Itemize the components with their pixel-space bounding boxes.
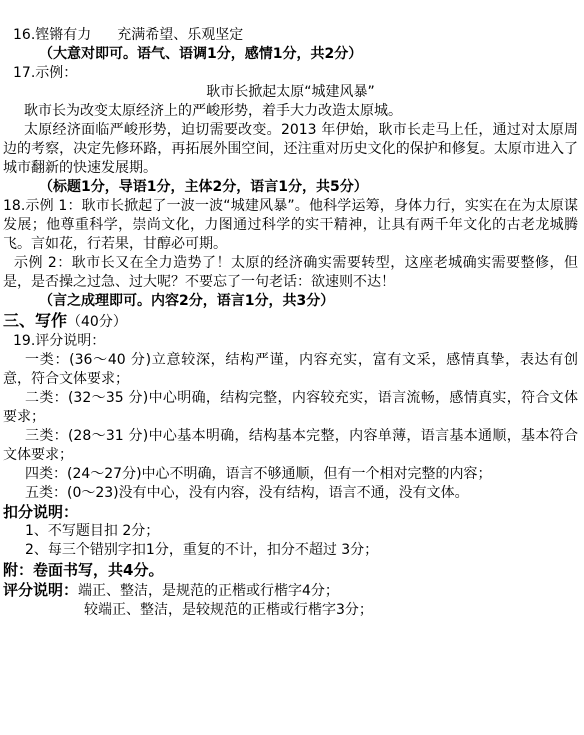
exam-answer-key-document: 16.铿锵有力充满希望、乐观坚定 （大意对即可。语气、语调1分，感情1分，共2分… xyxy=(0,0,584,735)
grade-criterion-class1: 一类：(36～40 分)立意较深，结构严谨，内容充实，富有文采，感情真挚，表达有… xyxy=(3,351,578,389)
q19-label: 19.评分说明： xyxy=(3,332,578,351)
q17-grading-note: （标题1分，导语1分，主体2分，语言1分，共5分） xyxy=(3,178,578,197)
appendix-label: 评分说明： xyxy=(3,581,78,599)
q16-answer-line: 16.铿锵有力充满希望、乐观坚定 xyxy=(3,26,578,45)
appendix-heading: 附：卷面书写，共4分。 xyxy=(3,560,578,581)
section-writing-score: （40分） xyxy=(67,314,127,330)
q18-grading-note: （言之成理即可。内容2分，语言1分，共3分） xyxy=(3,292,578,311)
q17-news-lead: 耿市长为改变太原经济上的严峻形势，着手大力改造太原城。 xyxy=(3,102,578,121)
q18-example-1: 18.示例 1：耿市长掀起了一波一波“城建风暴”。他科学运筹，身体力行，实实在在… xyxy=(3,197,578,254)
q17-label: 17.示例： xyxy=(3,64,578,83)
grade-criterion-class4: 四类：(24～27分)中心不明确，语言不够通顺，但有一个相对完整的内容； xyxy=(3,465,578,484)
appendix-criterion-1: 端正、整洁，是规范的正楷或行楷字4分； xyxy=(78,583,339,599)
deduction-heading: 扣分说明： xyxy=(3,503,578,522)
appendix-criteria-line-2: 较端正、整洁，是较规范的正楷或行楷字3分； xyxy=(3,601,578,620)
q17-news-headline: 耿市长掀起太原“城建风暴” xyxy=(3,83,578,102)
grade-criterion-class5: 五类：(0～23)没有中心，没有内容，没有结构，语言不通，没有文体。 xyxy=(3,484,578,503)
deduction-item-2: 2、每三个错别字扣1分，重复的不计，扣分不超过 3分； xyxy=(3,541,578,560)
q16-grading-note: （大意对即可。语气、语调1分，感情1分，共2分） xyxy=(3,45,578,64)
q16-answer-part2: 充满希望、乐观坚定 xyxy=(117,27,243,43)
q16-answer-part1: 16.铿锵有力 xyxy=(13,27,91,43)
q18-example-2: 示例 2：耿市长又在全力造势了！太原的经济确实需要转型，这座老城确实需要整修，但… xyxy=(3,254,578,292)
section-writing-heading: 三、写作（40分） xyxy=(3,311,578,332)
section-writing-title: 三、写作 xyxy=(3,311,67,330)
grade-criterion-class2: 二类：(32～35 分)中心明确，结构完整，内容较充实，语言流畅，感情真实，符合… xyxy=(3,389,578,427)
grade-criterion-class3: 三类：(28～31 分)中心基本明确，结构基本完整，内容单薄，语言基本通顺，基本… xyxy=(3,427,578,465)
deduction-item-1: 1、不写题目扣 2分； xyxy=(3,522,578,541)
q17-news-body: 太原经济面临严峻形势，迫切需要改变。2013 年伊始，耿市长走马上任，通过对太原… xyxy=(3,121,578,178)
appendix-criteria-line-1: 评分说明：端正、整洁，是规范的正楷或行楷字4分； xyxy=(3,581,578,601)
